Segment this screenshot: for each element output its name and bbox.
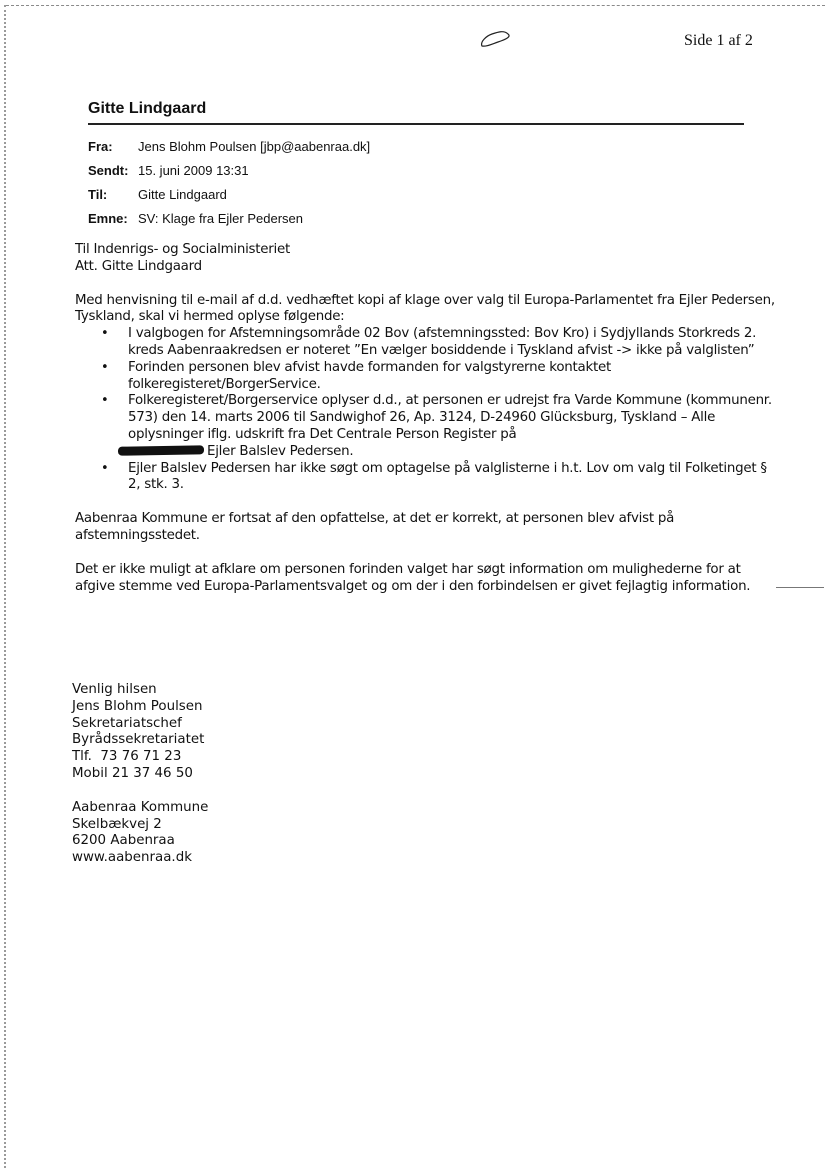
address-line: 6200 Aabenraa (72, 833, 208, 850)
meta-value: 15. juni 2009 13:31 (138, 159, 249, 183)
scan-edge-top (6, 5, 825, 6)
meta-sent: Sendt: 15. juni 2009 13:31 (88, 159, 744, 183)
meta-label: Emne: (88, 207, 138, 231)
paragraph: Det er ikke muligt at afklare om persone… (75, 562, 775, 596)
signature-line: Tlf. 73 76 71 23 (72, 749, 208, 766)
page-number: Side 1 af 2 (684, 32, 753, 50)
intro-paragraph: Med henvisning til e-mail af d.d. vedhæf… (75, 293, 775, 327)
address-line: Til Indenrigs- og Socialministeriet (75, 242, 775, 259)
email-meta: Fra: Jens Blohm Poulsen [jbp@aabenraa.dk… (88, 135, 744, 231)
meta-label: Sendt: (88, 159, 138, 183)
signature-line: Jens Blohm Poulsen (72, 699, 208, 716)
meta-value: Jens Blohm Poulsen [jbp@aabenraa.dk] (138, 135, 370, 159)
redaction-mark (118, 446, 204, 456)
list-item: Folkeregisteret/Borgerservice oplyser d.… (75, 393, 775, 460)
header-divider (88, 123, 744, 125)
signature-block: Venlig hilsen Jens Blohm Poulsen Sekreta… (72, 682, 208, 867)
list-item: Forinden personen blev afvist havde form… (75, 360, 775, 394)
address-line: Aabenraa Kommune (72, 800, 208, 817)
facts-list: I valgbogen for Afstemningsområde 02 Bov… (75, 326, 775, 494)
list-item: Ejler Balslev Pedersen har ikke søgt om … (75, 461, 775, 495)
meta-label: Fra: (88, 135, 138, 159)
list-item: I valgbogen for Afstemningsområde 02 Bov… (75, 326, 775, 360)
scan-edge-left (4, 5, 6, 1168)
meta-value: Gitte Lindgaard (138, 183, 227, 207)
meta-from: Fra: Jens Blohm Poulsen [jbp@aabenraa.dk… (88, 135, 744, 159)
meta-value: SV: Klage fra Ejler Pedersen (138, 207, 303, 231)
meta-label: Til: (88, 183, 138, 207)
website-link[interactable]: www.aabenraa.dk (72, 850, 208, 867)
meta-subject: Emne: SV: Klage fra Ejler Pedersen (88, 207, 744, 231)
address-line: Skelbækvej 2 (72, 817, 208, 834)
signature-line: Venlig hilsen (72, 682, 208, 699)
margin-mark (776, 587, 824, 588)
meta-to: Til: Gitte Lindgaard (88, 183, 744, 207)
email-header: Gitte Lindgaard Fra: Jens Blohm Poulsen … (88, 98, 744, 231)
signature-line: Mobil 21 37 46 50 (72, 766, 208, 783)
recipient-heading: Gitte Lindgaard (88, 98, 744, 122)
email-body: Til Indenrigs- og Socialministeriet Att.… (75, 242, 775, 595)
paperclip-scribble-icon (478, 28, 518, 50)
signature-line: Sekretariatschef (72, 716, 208, 733)
paragraph: Aabenraa Kommune er fortsat af den opfat… (75, 511, 775, 545)
address-line: Att. Gitte Lindgaard (75, 259, 775, 276)
signature-line: Byrådssekretariatet (72, 732, 208, 749)
